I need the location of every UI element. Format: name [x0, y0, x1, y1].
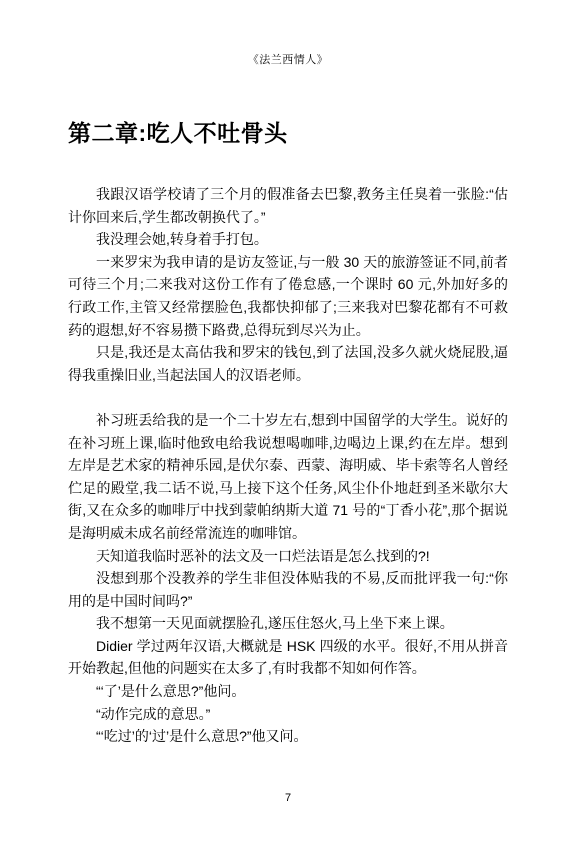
paragraph: 我跟汉语学校请了三个月的假准备去巴黎,教务主任臭着一张脸:“估计你回来后,学生都… — [68, 183, 508, 228]
document-page: 《法兰西情人》 第二章:吃人不吐骨头 我跟汉语学校请了三个月的假准备去巴黎,教务… — [0, 0, 576, 864]
paragraph: 天知道我临时恶补的法文及一口烂法语是怎么找到的?! — [68, 545, 508, 568]
paragraph: “‘了’是什么意思?”他问。 — [68, 680, 508, 703]
chapter-title: 第二章:吃人不吐骨头 — [68, 118, 508, 149]
paragraph: 我没理会她,转身着手打包。 — [68, 228, 508, 251]
paragraph-spacer — [68, 386, 508, 409]
paragraph: 没想到那个没教养的学生非但没体贴我的不易,反而批评我一句:“你用的是中国时间吗?… — [68, 567, 508, 612]
page-number: 7 — [0, 791, 576, 805]
paragraph: Didier 学过两年汉语,大概就是 HSK 四级的水平。很好,不用从拼音开始教… — [68, 635, 508, 680]
paragraph: 只是,我还是太高估我和罗宋的钱包,到了法国,没多久就火烧屁股,逼得我重操旧业,当… — [68, 341, 508, 386]
body-text: 我跟汉语学校请了三个月的假准备去巴黎,教务主任臭着一张脸:“估计你回来后,学生都… — [68, 183, 508, 748]
paragraph: “‘吃过’的‘过’是什么意思?”他又问。 — [68, 725, 508, 748]
paragraph: 我不想第一天见面就摆脸孔,遂压住怒火,马上坐下来上课。 — [68, 612, 508, 635]
running-header-book-title: 《法兰西情人》 — [0, 53, 576, 67]
paragraph: “动作完成的意思。” — [68, 703, 508, 726]
paragraph: 补习班丢给我的是一个二十岁左右,想到中国留学的大学生。说好的在补习班上课,临时他… — [68, 409, 508, 545]
paragraph: 一来罗宋为我申请的是访友签证,与一般 30 天的旅游签证不同,前者可待三个月;二… — [68, 251, 508, 341]
